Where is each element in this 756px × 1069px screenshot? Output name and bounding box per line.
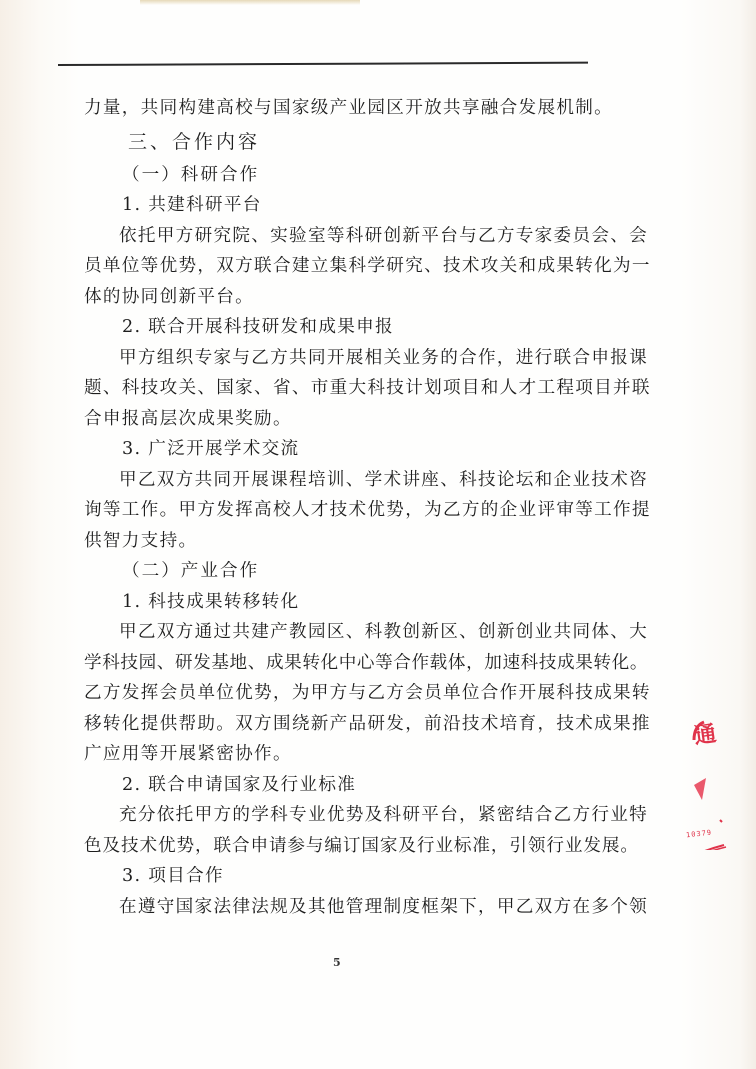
paragraph-line: 广应用等开展紧密协作。 (84, 739, 604, 770)
subsection-heading: （一）科研合作 (84, 160, 604, 191)
document-body: 力量，共同构建高校与国家级产业园区开放共享融合发展机制。 三、合作内容 （一）科… (84, 93, 604, 922)
paragraph-first-line: 甲乙双方通过共建产教园区、科教创新区、创新创业共同体、大 (84, 617, 604, 648)
paragraph-line: 员单位等优势，双方联合建立集科学研究、技术攻关和成果转化为一 (84, 251, 604, 282)
paragraph-first-line: 依托甲方研究院、实验室等科研创新平台与乙方专家委员会、会 (84, 221, 604, 252)
paragraph-line: 供智力支持。 (84, 526, 604, 557)
seal-character: 通 (692, 717, 718, 751)
item-heading: 1. 共建科研平台 (84, 190, 604, 221)
paragraph-first-line: 甲方组织专家与乙方共同开展相关业务的合作，进行联合申报课 (84, 343, 604, 374)
page-top-edge-shadow (140, 0, 360, 5)
item-heading: 2. 联合开展科技研发和成果申报 (84, 312, 604, 343)
red-seal-stamp: 通 10379 (680, 700, 740, 850)
subsection-heading: （二）产业合作 (84, 556, 604, 587)
body-line: 力量，共同构建高校与国家级产业园区开放共享融合发展机制。 (84, 93, 604, 124)
paragraph-line: 题、科技攻关、国家、省、市重大科技计划项目和人才工程项目并联 (84, 373, 604, 404)
paragraph-line: 色及技术优势，联合申请参与编订国家及行业标准，引领行业发展。 (84, 831, 604, 862)
scanned-page: 力量，共同构建高校与国家级产业园区开放共享融合发展机制。 三、合作内容 （一）科… (0, 0, 756, 1069)
item-heading: 2. 联合申请国家及行业标准 (84, 770, 604, 801)
item-heading: 3. 广泛开展学术交流 (84, 434, 604, 465)
paragraph-line: 移转化提供帮助。双方围绕新产品研发，前沿技术培育，技术成果推 (84, 709, 604, 740)
header-rule (58, 62, 588, 66)
paragraph-line: 询等工作。甲方发挥高校人才技术优势，为乙方的企业评审等工作提 (84, 495, 604, 526)
paragraph-first-line: 在遵守国家法律法规及其他管理制度框架下，甲乙双方在多个领 (84, 892, 604, 923)
paragraph-line: 体的协同创新平台。 (84, 282, 604, 313)
item-heading: 1. 科技成果转移转化 (84, 587, 604, 618)
paragraph-line: 乙方发挥会员单位优势，为甲方与乙方会员单位合作开展科技成果转 (84, 678, 604, 709)
item-heading: 3. 项目合作 (84, 861, 604, 892)
paragraph-first-line: 甲乙双方共同开展课程培训、学术讲座、科技论坛和企业技术咨 (84, 465, 604, 496)
paragraph-line: 合申报高层次成果奖励。 (84, 404, 604, 435)
paragraph-line: 学科技园、研发基地、成果转化中心等合作载体，加速科技成果转化。 (84, 648, 604, 679)
section-heading: 三、合作内容 (84, 124, 604, 160)
paragraph-first-line: 充分依托甲方的学科专业优势及科研平台，紧密结合乙方行业特 (84, 800, 604, 831)
page-number: 5 (333, 956, 341, 969)
